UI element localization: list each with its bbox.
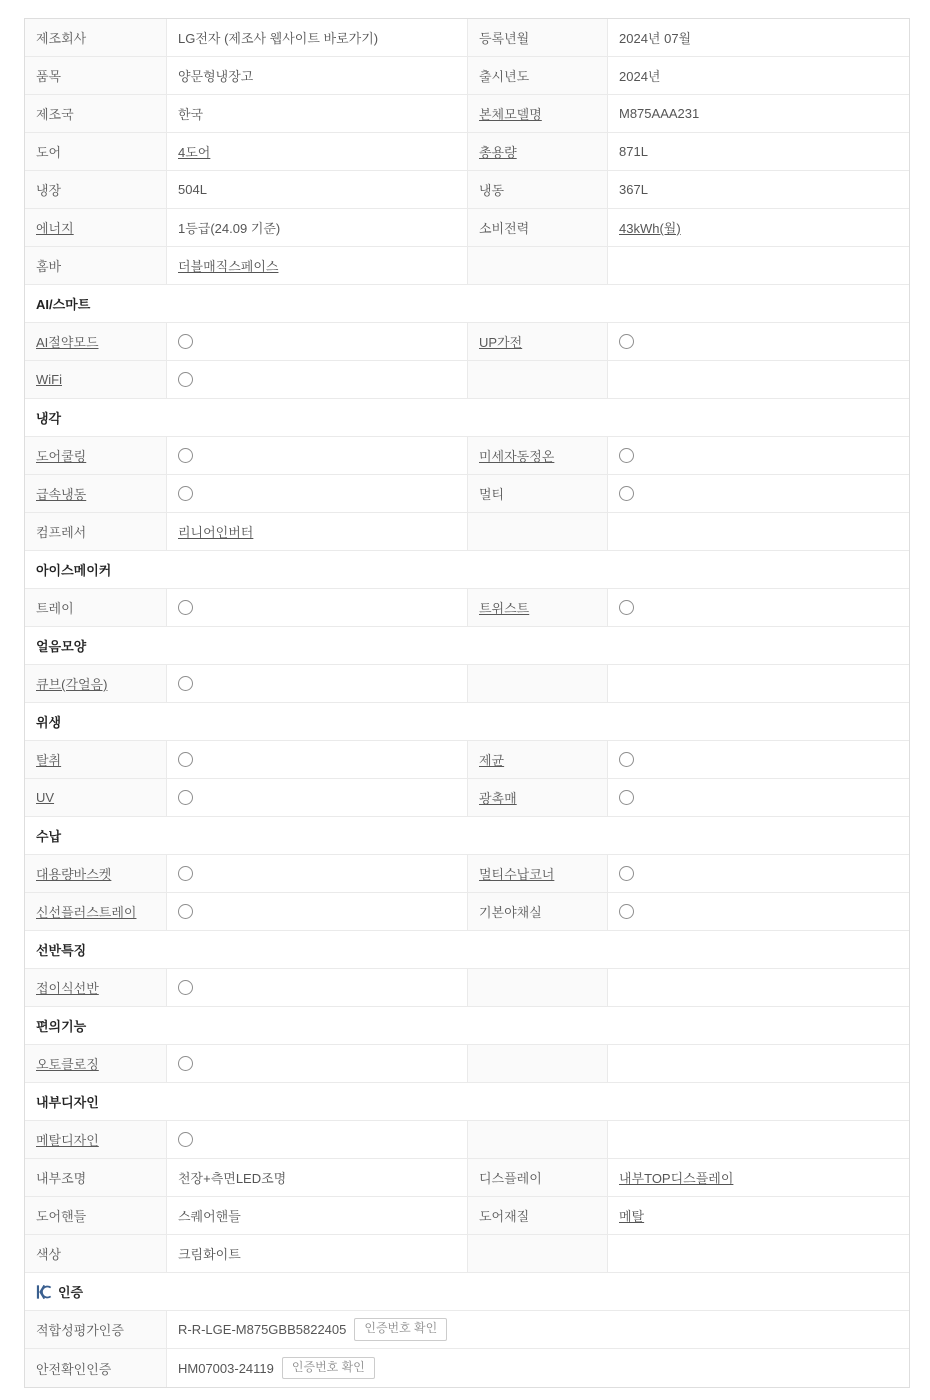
spec-value: 스퀘어핸들: [178, 1206, 241, 1225]
spec-label-cell: 적합성평가인증: [25, 1311, 167, 1348]
feature-circle-indicator: [619, 866, 634, 881]
section-header-row: 위생: [25, 703, 909, 741]
spec-value: 한국: [178, 104, 203, 123]
spec-row: 에너지1등급(24.09 기준)소비전력43kWh(월): [25, 209, 909, 247]
spec-label: 도어: [36, 142, 61, 161]
spec-label-cell: [468, 1045, 608, 1082]
section-header: 수납: [36, 826, 61, 845]
spec-value-cell: [608, 665, 909, 702]
spec-row: 제조회사LG전자 (제조사 웹사이트 바로가기)등록년월2024년 07월: [25, 19, 909, 57]
spec-label-cell: 소비전력: [468, 209, 608, 246]
spec-value-cell: 504L: [167, 171, 468, 208]
section-header: 인증: [58, 1282, 83, 1301]
spec-value: 2024년 07월: [619, 28, 691, 47]
spec-label-cell: [468, 1121, 608, 1158]
spec-label-cell: 광촉매: [468, 779, 608, 816]
spec-label: 기본야채실: [479, 902, 542, 921]
spec-row: 품목양문형냉장고출시년도2024년: [25, 57, 909, 95]
spec-label-cell: 본체모델명: [468, 95, 608, 132]
spec-label-cell: 에너지: [25, 209, 167, 246]
spec-value: 크림화이트: [178, 1244, 241, 1263]
spec-value: LG전자 (제조사 웹사이트 바로가기): [178, 28, 378, 47]
spec-label-cell: 색상: [25, 1235, 167, 1272]
spec-label-link[interactable]: 도어쿨링: [36, 446, 86, 465]
spec-value-cell: [167, 969, 468, 1006]
spec-label-link[interactable]: 에너지: [36, 218, 74, 237]
spec-label-cell: 출시년도: [468, 57, 608, 94]
spec-value-cell: [608, 513, 909, 550]
spec-value-cell: [167, 1121, 468, 1158]
spec-label-cell: 멀티수납코너: [468, 855, 608, 892]
spec-value-cell: [167, 1045, 468, 1082]
feature-circle-indicator: [178, 752, 193, 767]
spec-label-link[interactable]: WiFi: [36, 372, 62, 387]
spec-label: 적합성평가인증: [36, 1320, 124, 1339]
feature-circle-indicator: [178, 866, 193, 881]
feature-circle-indicator: [178, 334, 193, 349]
spec-value-cell: [167, 741, 468, 778]
section-header: AI/스마트: [36, 294, 90, 313]
spec-label-cell: 홈바: [25, 247, 167, 284]
spec-value-cell: 367L: [608, 171, 909, 208]
spec-label: 도어재질: [479, 1206, 529, 1225]
spec-value-cell: [608, 1235, 909, 1272]
spec-row: 냉장504L냉동367L: [25, 171, 909, 209]
spec-label-link[interactable]: 총용량: [479, 142, 517, 161]
spec-row: 탈취제균: [25, 741, 909, 779]
spec-row: 도어핸들스퀘어핸들도어재질메탈: [25, 1197, 909, 1235]
spec-label-cell: 멀티: [468, 475, 608, 512]
spec-label-cell: 제균: [468, 741, 608, 778]
section-header: 편의기능: [36, 1016, 86, 1035]
spec-label: 디스플레이: [479, 1168, 542, 1187]
spec-value: 871L: [619, 144, 648, 159]
spec-label: 출시년도: [479, 66, 529, 85]
spec-label-link[interactable]: 메탈디자인: [36, 1130, 99, 1149]
spec-row: 도어4도어총용량871L: [25, 133, 909, 171]
spec-label-cell: 냉동: [468, 171, 608, 208]
spec-value-cell: 리니어인버터: [167, 513, 468, 550]
spec-value-link[interactable]: 더블매직스페이스: [178, 256, 278, 275]
spec-label-cell: AI절약모드: [25, 323, 167, 360]
spec-row: 내부조명천장+측면LED조명디스플레이내부TOP디스플레이: [25, 1159, 909, 1197]
spec-row: 색상크림화이트: [25, 1235, 909, 1273]
spec-value-cell: LG전자 (제조사 웹사이트 바로가기): [167, 19, 468, 56]
spec-value-cell: 더블매직스페이스: [167, 247, 468, 284]
spec-label: 제조회사: [36, 28, 86, 47]
spec-label-cell: [468, 247, 608, 284]
spec-value-cell: [608, 437, 909, 474]
section-header: 아이스메이커: [36, 560, 111, 579]
spec-value-cell: 메탈: [608, 1197, 909, 1234]
spec-value: 양문형냉장고: [178, 66, 253, 85]
cert-number: HM07003-24119: [178, 1361, 274, 1376]
spec-label-link[interactable]: UV: [36, 790, 54, 805]
spec-label-cell: WiFi: [25, 361, 167, 398]
spec-row: UV광촉매: [25, 779, 909, 817]
spec-label-link[interactable]: 접이식선반: [36, 978, 99, 997]
spec-label-cell: 품목: [25, 57, 167, 94]
spec-value-cell: [608, 779, 909, 816]
spec-value: 천장+측면LED조명: [178, 1168, 286, 1187]
section-header-row: AI/스마트: [25, 285, 909, 323]
spec-label-link[interactable]: 제균: [479, 750, 504, 769]
section-header: 내부디자인: [36, 1092, 99, 1111]
spec-label-cell: 제조국: [25, 95, 167, 132]
spec-value-cell: R-R-LGE-M875GBB5822405인증번호 확인: [167, 1311, 909, 1348]
feature-circle-indicator: [619, 448, 634, 463]
feature-circle-indicator: [619, 334, 634, 349]
section-header: 위생: [36, 712, 61, 731]
feature-circle-indicator: [619, 790, 634, 805]
spec-value-cell: 2024년: [608, 57, 909, 94]
spec-value: 504L: [178, 182, 207, 197]
spec-label-cell: 디스플레이: [468, 1159, 608, 1196]
spec-value-cell: [608, 969, 909, 1006]
spec-row: 오토클로징: [25, 1045, 909, 1083]
spec-row: 큐브(각얼음): [25, 665, 909, 703]
spec-label-cell: 내부조명: [25, 1159, 167, 1196]
spec-label-link[interactable]: 큐브(각얼음): [36, 674, 107, 693]
spec-label-link[interactable]: 대용량바스켓: [36, 864, 111, 883]
spec-label-link[interactable]: 트위스트: [479, 598, 529, 617]
spec-row: 접이식선반: [25, 969, 909, 1007]
spec-row: 급속냉동멀티: [25, 475, 909, 513]
spec-value-cell: 871L: [608, 133, 909, 170]
section-header-row: 내부디자인: [25, 1083, 909, 1121]
kc-mark-icon: [36, 1284, 52, 1300]
feature-circle-indicator: [619, 486, 634, 501]
spec-value-link[interactable]: 4도어: [178, 142, 210, 161]
spec-value-cell: [608, 893, 909, 930]
spec-label-cell: 신선플러스트레이: [25, 893, 167, 930]
section-header-row: 수납: [25, 817, 909, 855]
spec-label-cell: 도어재질: [468, 1197, 608, 1234]
spec-label-cell: UV: [25, 779, 167, 816]
spec-label-cell: 도어핸들: [25, 1197, 167, 1234]
feature-circle-indicator: [178, 600, 193, 615]
spec-value: 367L: [619, 182, 648, 197]
spec-label-cell: 탈취: [25, 741, 167, 778]
spec-row: 신선플러스트레이기본야채실: [25, 893, 909, 931]
spec-value-cell: [608, 589, 909, 626]
spec-label-link[interactable]: AI절약모드: [36, 332, 99, 351]
spec-label-cell: 컴프레서: [25, 513, 167, 550]
spec-row: 트레이트위스트: [25, 589, 909, 627]
cert-number-check-button[interactable]: 인증번호 확인: [282, 1357, 375, 1379]
spec-row: AI절약모드UP가전: [25, 323, 909, 361]
spec-label: 안전확인인증: [36, 1359, 111, 1378]
spec-label-link[interactable]: 광촉매: [479, 788, 517, 807]
feature-circle-indicator: [178, 790, 193, 805]
feature-circle-indicator: [178, 448, 193, 463]
spec-label: 냉장: [36, 180, 61, 199]
spec-value-cell: [608, 323, 909, 360]
spec-value-cell: 한국: [167, 95, 468, 132]
spec-label: 제조국: [36, 104, 74, 123]
spec-value-cell: 2024년 07월: [608, 19, 909, 56]
spec-label-cell: 총용량: [468, 133, 608, 170]
spec-label-cell: 도어: [25, 133, 167, 170]
spec-label-cell: 제조회사: [25, 19, 167, 56]
spec-label-cell: [468, 969, 608, 1006]
spec-value-cell: M875AAA231: [608, 95, 909, 132]
spec-row: 적합성평가인증R-R-LGE-M875GBB5822405인증번호 확인: [25, 1311, 909, 1349]
spec-row: 안전확인인증HM07003-24119인증번호 확인: [25, 1349, 909, 1387]
spec-value-cell: [167, 665, 468, 702]
spec-value-cell: [167, 323, 468, 360]
feature-circle-indicator: [619, 904, 634, 919]
feature-circle-indicator: [619, 752, 634, 767]
spec-label-link[interactable]: 급속냉동: [36, 484, 86, 503]
spec-value-cell: [167, 475, 468, 512]
spec-label-cell: 메탈디자인: [25, 1121, 167, 1158]
spec-row: 컴프레서리니어인버터: [25, 513, 909, 551]
spec-value-cell: [167, 893, 468, 930]
spec-label-link[interactable]: 오토클로징: [36, 1054, 99, 1073]
feature-circle-indicator: [178, 372, 193, 387]
spec-value-cell: [608, 855, 909, 892]
spec-value-cell: [608, 361, 909, 398]
spec-label: 홈바: [36, 256, 61, 275]
spec-value-cell: 4도어: [167, 133, 468, 170]
spec-label-link[interactable]: 본체모델명: [479, 104, 542, 123]
section-header-row: 냉각: [25, 399, 909, 437]
spec-value-link[interactable]: 리니어인버터: [178, 522, 253, 541]
spec-label-cell: [468, 665, 608, 702]
spec-value-cell: [608, 247, 909, 284]
feature-circle-indicator: [178, 1056, 193, 1071]
spec-label-link[interactable]: 신선플러스트레이: [36, 902, 136, 921]
spec-label-cell: 오토클로징: [25, 1045, 167, 1082]
spec-value-cell: [608, 1045, 909, 1082]
section-header-row: 선반특징: [25, 931, 909, 969]
spec-row: 도어쿨링미세자동정온: [25, 437, 909, 475]
spec-label: 트레이: [36, 598, 74, 617]
spec-label-cell: 미세자동정온: [468, 437, 608, 474]
spec-label-cell: 기본야채실: [468, 893, 608, 930]
spec-row: 홈바더블매직스페이스: [25, 247, 909, 285]
spec-value-cell: [167, 779, 468, 816]
spec-value-link[interactable]: 메탈: [619, 1206, 644, 1225]
spec-label-cell: 도어쿨링: [25, 437, 167, 474]
section-header: 선반특징: [36, 940, 86, 959]
spec-label-cell: 등록년월: [468, 19, 608, 56]
spec-value-cell: 1등급(24.09 기준): [167, 209, 468, 246]
spec-label-link[interactable]: 멀티수납코너: [479, 864, 554, 883]
spec-value-cell: 내부TOP디스플레이: [608, 1159, 909, 1196]
spec-value-cell: [167, 589, 468, 626]
spec-label-cell: 트레이: [25, 589, 167, 626]
feature-circle-indicator: [178, 486, 193, 501]
spec-value-cell: 스퀘어핸들: [167, 1197, 468, 1234]
spec-row: WiFi: [25, 361, 909, 399]
spec-label-cell: UP가전: [468, 323, 608, 360]
spec-value-cell: [608, 475, 909, 512]
spec-value-link[interactable]: 내부TOP디스플레이: [619, 1168, 733, 1187]
spec-label-link[interactable]: UP가전: [479, 332, 522, 351]
spec-row: 대용량바스켓멀티수납코너: [25, 855, 909, 893]
spec-value-link[interactable]: 43kWh(월): [619, 218, 681, 237]
spec-value-cell: [608, 741, 909, 778]
spec-label: 등록년월: [479, 28, 529, 47]
spec-value-cell: 크림화이트: [167, 1235, 468, 1272]
spec-label: 도어핸들: [36, 1206, 86, 1225]
spec-label-cell: 대용량바스켓: [25, 855, 167, 892]
spec-label-cell: [468, 1235, 608, 1272]
spec-row: 제조국한국본체모델명M875AAA231: [25, 95, 909, 133]
spec-label-link[interactable]: 탈취: [36, 750, 61, 769]
feature-circle-indicator: [178, 1132, 193, 1147]
feature-circle-indicator: [178, 676, 193, 691]
spec-label: 소비전력: [479, 218, 529, 237]
section-header-row: 편의기능: [25, 1007, 909, 1045]
section-header-row: 인증: [25, 1273, 909, 1311]
spec-label-cell: 접이식선반: [25, 969, 167, 1006]
spec-label-link[interactable]: 미세자동정온: [479, 446, 554, 465]
feature-circle-indicator: [619, 600, 634, 615]
section-header-row: 얼음모양: [25, 627, 909, 665]
spec-value-cell: [167, 361, 468, 398]
section-header: 냉각: [36, 408, 61, 427]
spec-value-cell: [167, 437, 468, 474]
spec-label-cell: 급속냉동: [25, 475, 167, 512]
spec-value-cell: [167, 855, 468, 892]
spec-row: 메탈디자인: [25, 1121, 909, 1159]
feature-circle-indicator: [178, 904, 193, 919]
spec-label-cell: [468, 513, 608, 550]
spec-label-cell: 냉장: [25, 171, 167, 208]
section-header: 얼음모양: [36, 636, 86, 655]
spec-label: 내부조명: [36, 1168, 86, 1187]
spec-label: 품목: [36, 66, 61, 85]
spec-label: 컴프레서: [36, 522, 86, 541]
product-spec-table: 제조회사LG전자 (제조사 웹사이트 바로가기)등록년월2024년 07월품목양…: [24, 18, 910, 1388]
cert-number: R-R-LGE-M875GBB5822405: [178, 1322, 346, 1337]
spec-label: 멀티: [479, 484, 504, 503]
spec-label-cell: 큐브(각얼음): [25, 665, 167, 702]
cert-number-check-button[interactable]: 인증번호 확인: [354, 1318, 447, 1340]
spec-value: 2024년: [619, 66, 660, 85]
feature-circle-indicator: [178, 980, 193, 995]
spec-label-cell: [468, 361, 608, 398]
spec-label-cell: 트위스트: [468, 589, 608, 626]
spec-value-cell: 43kWh(월): [608, 209, 909, 246]
spec-value-cell: 양문형냉장고: [167, 57, 468, 94]
spec-value-cell: [608, 1121, 909, 1158]
spec-value-cell: HM07003-24119인증번호 확인: [167, 1349, 909, 1387]
spec-value-cell: 천장+측면LED조명: [167, 1159, 468, 1196]
spec-label-cell: 안전확인인증: [25, 1349, 167, 1387]
spec-value: M875AAA231: [619, 106, 699, 121]
spec-value: 1등급(24.09 기준): [178, 218, 280, 237]
section-header-row: 아이스메이커: [25, 551, 909, 589]
spec-label: 색상: [36, 1244, 61, 1263]
spec-label: 냉동: [479, 180, 504, 199]
